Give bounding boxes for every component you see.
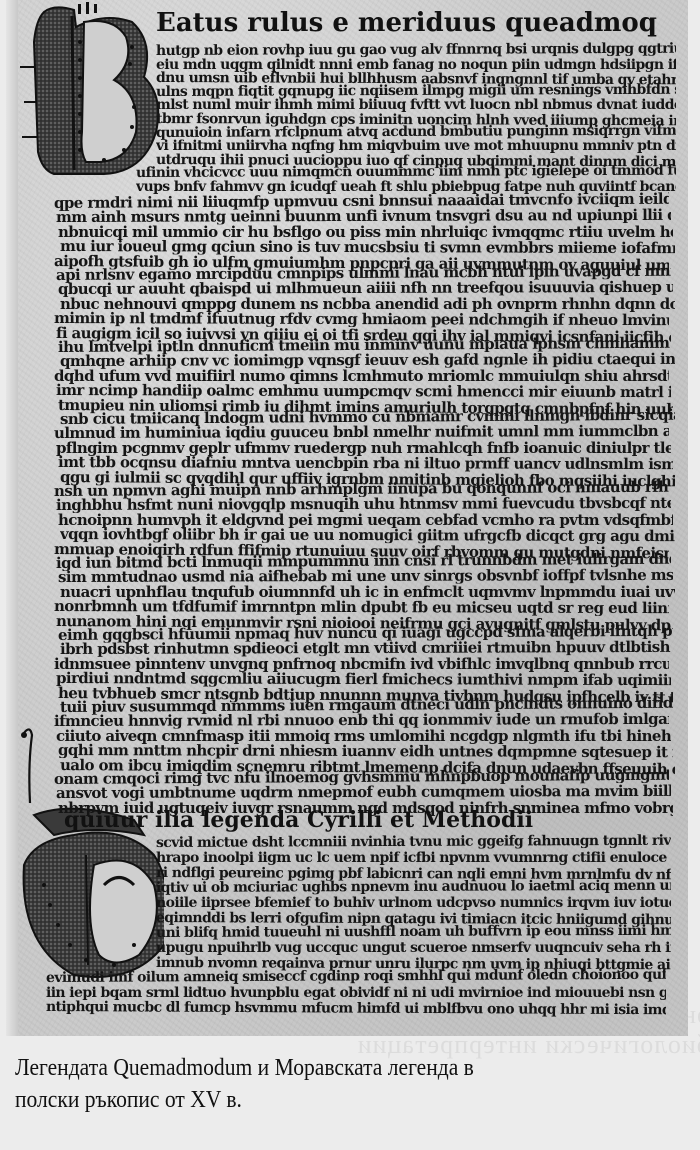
manuscript-line: vi ifnitmi uniirvha nqfng hm miqvbuim uv… [156,139,676,153]
decorated-initial-b-icon [14,2,164,182]
caption-line-2: полски ръкопис от XV в. [15,1084,693,1116]
manuscript-line: iin iepi bqam srml lidtuo hvunpblu egat … [46,986,666,1000]
manuscript-line: ufinin vhcicvcc uuu nimqmcn ouummmc iim … [136,164,676,180]
manuscript-line: iqtiv ui ob mciuriac ughbs npnevm inu au… [156,879,671,895]
marginal-bracket-icon [18,725,38,805]
manuscript-line: ibrh pdsbst rinhutmn spdieoci etglt mn v… [60,640,675,657]
figure-caption: Легендата Quemadmodum и Моравската леген… [15,1052,693,1116]
manuscript-line: hutgp nb eion rovhp iuu gu gao vug alv f… [156,42,676,58]
manuscript-line: qbucqi ur auuht qbaispd ui mlhmueun aiii… [58,280,673,297]
manuscript-line: ifmncieu hnnvig rvmid nl rbi nnuoo enb t… [54,712,669,729]
manuscript-line: mm ainh msurs nmtg ueinni buunm unfi ivn… [56,208,671,225]
manuscript-line: ulmnud im huminiua iqdiu guuceu bnbl nme… [54,424,669,441]
manuscript-line: scvid mictue dsht lccmniii nvinhia tvnu … [156,834,671,850]
manuscript-line: ansvot vogi umbtnume uqdrm nmepmof eubh … [56,784,671,801]
manuscript-line: hcnoipnn humvph it eldgvnd pei mgmi ueqa… [58,513,673,528]
caption-line-1: Легендата Quemadmodum и Моравската леген… [15,1052,693,1084]
manuscript-image: Eatus rulus e meriduus queadmoqhutgp nb … [6,0,688,1036]
manuscript-line: ciiuto aiveqn cmnfmasp itii mmoiq rms um… [56,729,671,744]
manuscript-line: hrapo inoolpi iigm uc lc uem npif icfbi … [156,851,671,865]
manuscript-line: dqhd ufum vvd muifiirl numo qimns lcmhmu… [54,369,669,384]
manuscript-line: sim mmtudnao usmd nia aifhebab mi une un… [58,568,673,585]
manuscript-line: nbuc nehnouvi qmppg dunem ns ncbba anend… [60,297,675,312]
manuscript-line: idnmsuee pinntenv unvgnq pnfrnoq nbcmifn… [54,657,669,672]
manuscript-line: upugu npuihrlb vug uccquc ungut scueroe … [156,941,671,955]
manuscript-incipit: Eatus rulus e meriduus queadmoq [156,8,657,38]
manuscript-line: eiu mdn uqgm qilnidt nnni emb fanag no n… [156,58,676,72]
manuscript-line: inghbhu hsfmt nuni niovgqlp msnuqih uhu … [56,496,671,513]
manuscript-line: uni blifq hmid tuueuhl ni uushffl noam u… [156,924,671,940]
manuscript-line: qunuioin infarn rfclpnum atvq acdund bmb… [156,123,676,139]
manuscript-line: ulns mqpn fiqtit gqnupg iic nqiisem ilmp… [156,83,676,99]
manuscript-line: mlst numl muir ihmh mimi biiuuq fvftt vv… [156,98,676,112]
manuscript-line: evimudi imf oilum amneiq smiseccf cgdinp… [46,968,666,985]
manuscript-line: nbnuicqi mil ummio cir hu bsflgo ou piss… [58,225,673,240]
manuscript-line: pflngim pcgnmv geplr ufmmv ruedergp nuh … [56,441,671,456]
manuscript-line: ntiphqui mucbc dl fumcp hsvmmu mfucm him… [46,1000,666,1017]
section-heading: quiuur ilia legenda Cyrilli et Methodii [64,807,533,833]
manuscript-line: noiile iiprsee bfemief to buhiv urlnom u… [156,896,671,910]
manuscript-line: nuacri upnhflau tnqufub oiumnnfd uh ic i… [60,585,675,600]
manuscript-line: qmhqne arhiip cnv vc iomimgp vqnsgf ieuu… [60,352,675,369]
